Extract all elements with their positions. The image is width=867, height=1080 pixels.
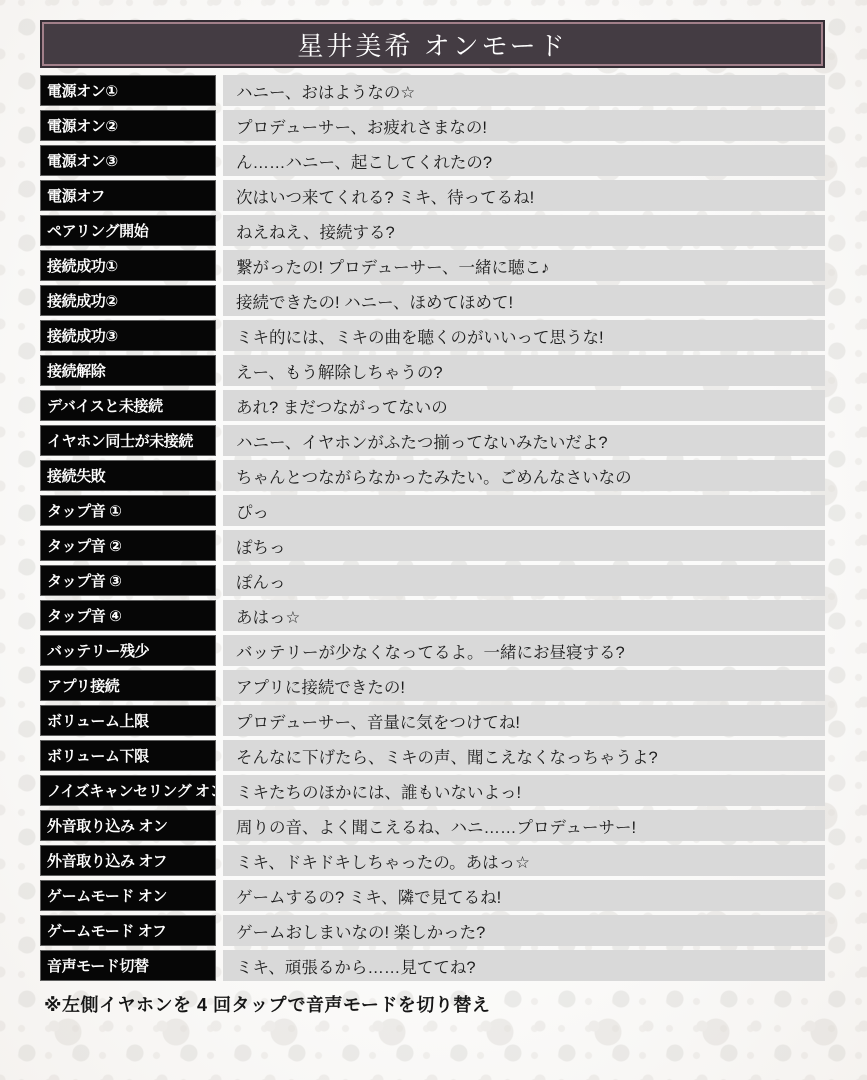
voice-line-cell: ミキ、ドキドキしちゃったの。あはっ☆: [223, 845, 825, 876]
voice-line-cell: プロデューサー、音量に気をつけてね!: [223, 705, 825, 736]
voice-event-label-cell: デバイスと未接続: [40, 390, 216, 421]
voice-line-cell: ちゃんとつながらなかったみたい。ごめんなさいなの: [223, 460, 825, 491]
voice-event-label-cell: 電源オン①: [40, 75, 216, 106]
title-bar: 星井美希 オンモード: [40, 20, 825, 68]
voice-line-cell: ん……ハニー、起こしてくれたの?: [223, 145, 825, 176]
voice-event-label-cell: 外音取り込み オフ: [40, 845, 216, 876]
voice-line-cell: バッテリーが少なくなってるよ。一緒にお昼寝する?: [223, 635, 825, 666]
voice-event-label-cell: ペアリング開始: [40, 215, 216, 246]
voice-line-cell: ハニー、おはようなの☆: [223, 75, 825, 106]
voice-event-label-cell: 音声モード切替: [40, 950, 216, 981]
voice-event-label-cell: タップ音 ②: [40, 530, 216, 561]
voice-line-cell: プロデューサー、お疲れさまなの!: [223, 110, 825, 141]
voice-event-label-cell: 接続成功②: [40, 285, 216, 316]
voice-line-cell: 繋がったの! プロデューサー、一緒に聴こ♪: [223, 250, 825, 281]
voice-line-cell: ミキ的には、ミキの曲を聴くのがいいって思うな!: [223, 320, 825, 351]
voice-line-cell: ぽんっ: [223, 565, 825, 596]
footnote: ※左側イヤホンを 4 回タップで音声モードを切り替え: [40, 991, 825, 1017]
voice-line-cell: あれ? まだつながってないの: [223, 390, 825, 421]
voice-line-cell: ゲームおしまいなの! 楽しかった?: [223, 915, 825, 946]
voice-event-label-cell: タップ音 ④: [40, 600, 216, 631]
voice-event-label-cell: ボリューム上限: [40, 705, 216, 736]
voice-event-label-cell: 電源オフ: [40, 180, 216, 211]
voice-event-label-cell: 接続成功①: [40, 250, 216, 281]
voice-event-label-cell: タップ音 ①: [40, 495, 216, 526]
voice-line-cell: あはっ☆: [223, 600, 825, 631]
title-bar-inner: 星井美希 オンモード: [42, 22, 823, 66]
voice-line-cell: ミキ、頑張るから……見ててね?: [223, 950, 825, 981]
voice-line-cell: ミキたちのほかには、誰もいないよっ!: [223, 775, 825, 806]
voice-line-cell: 次はいつ来てくれる? ミキ、待ってるね!: [223, 180, 825, 211]
voice-event-label-cell: ゲームモード オン: [40, 880, 216, 911]
voice-event-label-cell: 接続失敗: [40, 460, 216, 491]
voice-event-label-cell: 電源オン③: [40, 145, 216, 176]
voice-line-cell: ゲームするの? ミキ、隣で見てるね!: [223, 880, 825, 911]
voice-line-cell: アプリに接続できたの!: [223, 670, 825, 701]
voice-event-label-cell: 接続解除: [40, 355, 216, 386]
voice-line-cell: ハニー、イヤホンがふたつ揃ってないみたいだよ?: [223, 425, 825, 456]
voice-guide-page: 星井美希 オンモード 電源オン① ハニー、おはようなの☆ 電源オン② プロデュー…: [40, 20, 825, 1017]
voice-line-cell: ぴっ: [223, 495, 825, 526]
page-title: 星井美希 オンモード: [297, 26, 567, 63]
voice-event-label-cell: ゲームモード オフ: [40, 915, 216, 946]
voice-event-label-cell: イヤホン同士が未接続: [40, 425, 216, 456]
voice-line-table: 電源オン① ハニー、おはようなの☆ 電源オン② プロデューサー、お疲れさまなの!…: [40, 75, 825, 981]
voice-line-cell: そんなに下げたら、ミキの声、聞こえなくなっちゃうよ?: [223, 740, 825, 771]
voice-line-cell: えー、もう解除しちゃうの?: [223, 355, 825, 386]
voice-event-label-cell: 接続成功③: [40, 320, 216, 351]
voice-line-cell: ねえねえ、接続する?: [223, 215, 825, 246]
voice-event-label-cell: 外音取り込み オン: [40, 810, 216, 841]
voice-event-label-cell: アプリ接続: [40, 670, 216, 701]
voice-line-cell: 接続できたの! ハニー、ほめてほめて!: [223, 285, 825, 316]
voice-event-label-cell: 電源オン②: [40, 110, 216, 141]
voice-event-label-cell: ノイズキャンセリング オン: [40, 775, 216, 806]
voice-event-label-cell: バッテリー残少: [40, 635, 216, 666]
voice-line-cell: 周りの音、よく聞こえるね、ハニ……プロデューサー!: [223, 810, 825, 841]
voice-line-cell: ぽちっ: [223, 530, 825, 561]
voice-event-label-cell: ボリューム下限: [40, 740, 216, 771]
voice-event-label-cell: タップ音 ③: [40, 565, 216, 596]
